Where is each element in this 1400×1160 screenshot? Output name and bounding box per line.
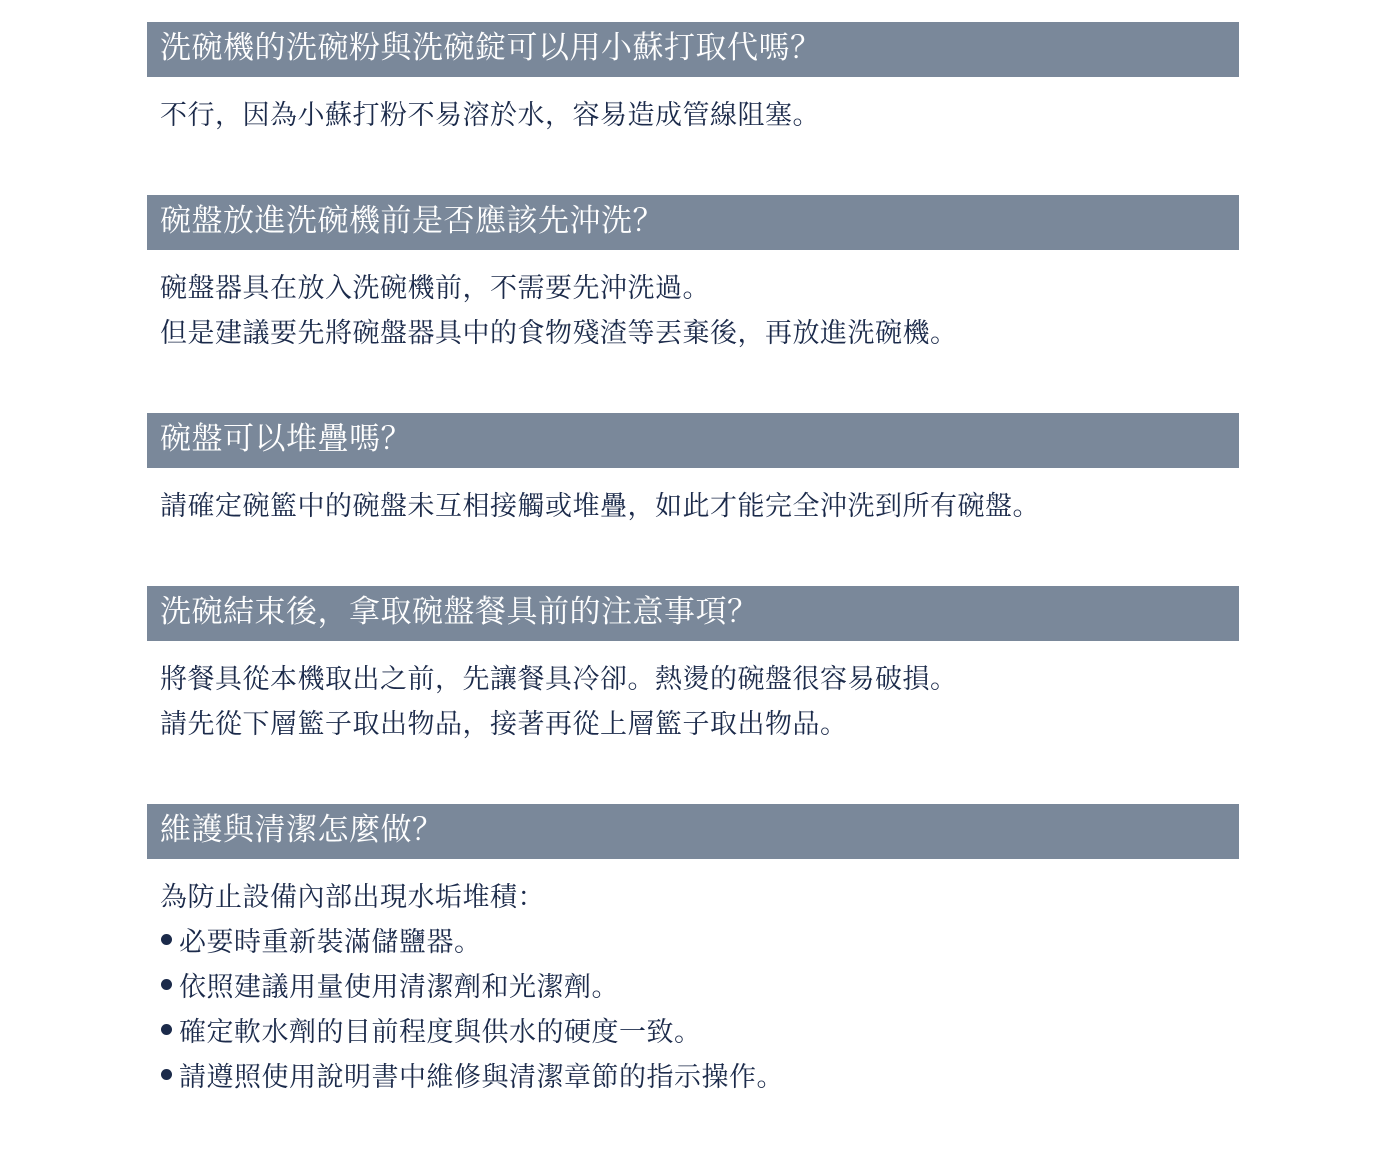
faq-section: 維護與清潔怎麼做？ 為防止設備內部出現水垢堆積：必要時重新裝滿儲鹽器。依照建議用…	[147, 804, 1239, 1100]
faq-section: 碗盤可以堆疊嗎？ 請確定碗籃中的碗盤未互相接觸或堆疊，如此才能完全沖洗到所有碗盤…	[147, 413, 1239, 529]
faq-section: 洗碗機的洗碗粉與洗碗錠可以用小蘇打取代嗎？ 不行，因為小蘇打粉不易溶於水，容易造…	[147, 22, 1239, 138]
question-header: 洗碗結束後，拿取碗盤餐具前的注意事項？	[147, 586, 1239, 641]
bullet-text: 依照建議用量使用清潔劑和光潔劑。	[179, 972, 619, 1002]
faq-list: 洗碗機的洗碗粉與洗碗錠可以用小蘇打取代嗎？ 不行，因為小蘇打粉不易溶於水，容易造…	[147, 0, 1239, 1100]
bullet-item: 必要時重新裝滿儲鹽器。	[160, 920, 1239, 965]
answer-line: 將餐具從本機取出之前，先讓餐具冷卻。熱燙的碗盤很容易破損。	[160, 657, 1239, 702]
answer-line: 但是建議要先將碗盤器具中的食物殘渣等丟棄後，再放進洗碗機。	[160, 311, 1239, 356]
answer-line: 為防止設備內部出現水垢堆積：	[160, 875, 1239, 920]
bullet-text: 必要時重新裝滿儲鹽器。	[179, 927, 482, 957]
faq-section: 碗盤放進洗碗機前是否應該先沖洗？ 碗盤器具在放入洗碗機前，不需要先沖洗過。但是建…	[147, 195, 1239, 356]
answer-line: 請確定碗籃中的碗盤未互相接觸或堆疊，如此才能完全沖洗到所有碗盤。	[160, 484, 1239, 529]
bullet-text: 確定軟水劑的目前程度與供水的硬度一致。	[179, 1017, 702, 1047]
bullet-item: 依照建議用量使用清潔劑和光潔劑。	[160, 965, 1239, 1010]
bullet-icon	[161, 934, 172, 945]
answer-body: 請確定碗籃中的碗盤未互相接觸或堆疊，如此才能完全沖洗到所有碗盤。	[147, 484, 1239, 529]
bullet-list: 必要時重新裝滿儲鹽器。依照建議用量使用清潔劑和光潔劑。確定軟水劑的目前程度與供水…	[160, 920, 1239, 1100]
answer-line: 請先從下層籃子取出物品，接著再從上層籃子取出物品。	[160, 702, 1239, 747]
answer-line: 不行，因為小蘇打粉不易溶於水，容易造成管線阻塞。	[160, 93, 1239, 138]
question-text: 碗盤放進洗碗機前是否應該先沖洗？	[160, 202, 664, 241]
answer-body: 不行，因為小蘇打粉不易溶於水，容易造成管線阻塞。	[147, 93, 1239, 138]
question-header: 洗碗機的洗碗粉與洗碗錠可以用小蘇打取代嗎？	[147, 22, 1239, 77]
question-text: 碗盤可以堆疊嗎？	[160, 420, 412, 459]
answer-body: 碗盤器具在放入洗碗機前，不需要先沖洗過。但是建議要先將碗盤器具中的食物殘渣等丟棄…	[147, 266, 1239, 356]
faq-section: 洗碗結束後，拿取碗盤餐具前的注意事項？ 將餐具從本機取出之前，先讓餐具冷卻。熱燙…	[147, 586, 1239, 747]
bullet-text: 請遵照使用說明書中維修與清潔章節的指示操作。	[179, 1062, 784, 1092]
question-header: 碗盤放進洗碗機前是否應該先沖洗？	[147, 195, 1239, 250]
question-text: 維護與清潔怎麼做？	[160, 811, 444, 850]
answer-body: 為防止設備內部出現水垢堆積：必要時重新裝滿儲鹽器。依照建議用量使用清潔劑和光潔劑…	[147, 875, 1239, 1100]
bullet-icon	[161, 1024, 172, 1035]
answer-line: 碗盤器具在放入洗碗機前，不需要先沖洗過。	[160, 266, 1239, 311]
question-text: 洗碗結束後，拿取碗盤餐具前的注意事項？	[160, 593, 759, 632]
question-header: 碗盤可以堆疊嗎？	[147, 413, 1239, 468]
question-text: 洗碗機的洗碗粉與洗碗錠可以用小蘇打取代嗎？	[160, 29, 822, 68]
bullet-item: 請遵照使用說明書中維修與清潔章節的指示操作。	[160, 1055, 1239, 1100]
question-header: 維護與清潔怎麼做？	[147, 804, 1239, 859]
answer-body: 將餐具從本機取出之前，先讓餐具冷卻。熱燙的碗盤很容易破損。請先從下層籃子取出物品…	[147, 657, 1239, 747]
bullet-icon	[161, 1069, 172, 1080]
bullet-item: 確定軟水劑的目前程度與供水的硬度一致。	[160, 1010, 1239, 1055]
bullet-icon	[161, 979, 172, 990]
